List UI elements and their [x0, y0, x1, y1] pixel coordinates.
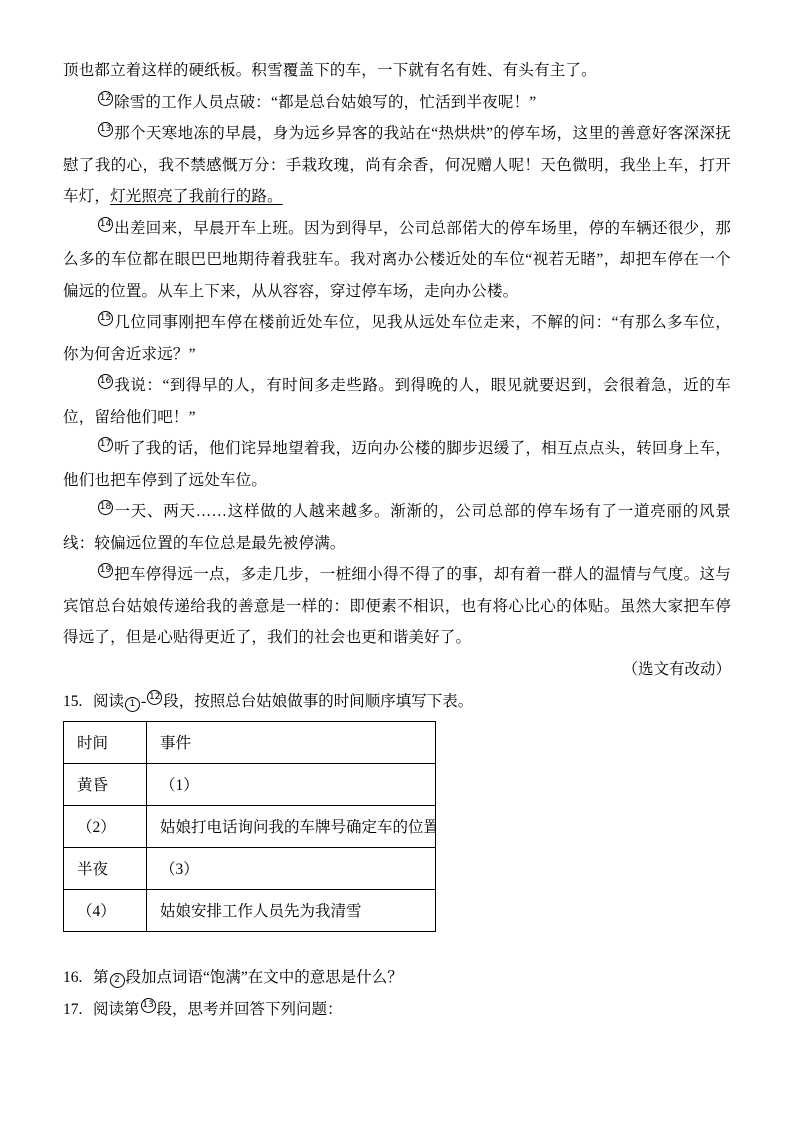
table-row: 黄昏（1）	[64, 763, 436, 805]
question-16-number: 16.	[63, 962, 93, 994]
text-run: 阅读	[93, 693, 124, 710]
underlined-text: 灯光照亮了我前行的路。	[110, 188, 283, 205]
circled-number: 1	[125, 697, 140, 712]
text-run: 除雪的工作人员点破：“都是总台姑娘写的，忙活到半夜呢！”	[114, 94, 536, 111]
text-run: -	[141, 693, 146, 710]
article-paragraph: 14出差回来，早晨开车上班。因为到得早，公司总部偌大的停车场里，停的车辆还很少，…	[63, 213, 731, 308]
table-row: （2）姑娘打电话询问我的车牌号确定车的位置	[64, 805, 436, 847]
document-page: 顶也都立着这样的硬纸板。积雪覆盖下的车，一下就有名有姓、有头有主了。12除雪的工…	[0, 0, 794, 1123]
circled-number: 12	[98, 91, 113, 106]
text-run: 段，思考并回答下列问题：	[157, 1001, 343, 1018]
article-paragraph: 15几位同事刚把车停在楼前近处车位，见我从远处车位走来，不解的问：“有那么多车位…	[63, 307, 731, 370]
text-run: 出差回来，早晨开车上班。因为到得早，公司总部偌大的停车场里，停的车辆还很少，那么…	[63, 220, 731, 300]
table-cell: （1）	[147, 763, 436, 805]
table-cell: 黄昏	[64, 763, 147, 805]
circled-number: 17	[98, 437, 113, 452]
table-header-cell: 事件	[147, 721, 436, 763]
article-paragraph: 16我说：“到得早的人，有时间多走些路。到得晚的人，眼见就要迟到，会很着急，近的…	[63, 370, 731, 433]
article-paragraph: 18一天、两天……这样做的人越来越多。渐渐的，公司总部的停车场有了一道亮丽的风景…	[63, 496, 731, 559]
text-run: 把车停得远一点，多走几步，一桩细小得不得了的事，却有着一群人的温情与气度。这与宾…	[63, 566, 731, 646]
article-body: 顶也都立着这样的硬纸板。积雪覆盖下的车，一下就有名有姓、有头有主了。12除雪的工…	[63, 55, 731, 654]
question-15-text: 阅读1-12段，按照总台姑娘做事的时间顺序填写下表。	[93, 693, 473, 710]
circled-number: 18	[98, 500, 113, 515]
question-15-number: 15.	[63, 686, 93, 718]
table-cell: 姑娘打电话询问我的车牌号确定车的位置	[147, 805, 436, 847]
text-run: 听了我的话，他们诧异地望着我，迈向办公楼的脚步迟缓了，相互点点头，转回身上车，他…	[63, 440, 731, 489]
table-header-row: 时间事件	[64, 721, 436, 763]
table-cell: 姑娘安排工作人员先为我清雪	[147, 889, 436, 931]
article-paragraph: 13那个天寒地冻的早晨，身为远乡异客的我站在“热烘烘”的停车场，这里的善意好客深…	[63, 118, 731, 213]
table-row: 半夜（3）	[64, 847, 436, 889]
table-cell: （4）	[64, 889, 147, 931]
circled-number: 13	[98, 122, 113, 137]
text-run: 顶也都立着这样的硬纸板。积雪覆盖下的车，一下就有名有姓、有头有主了。	[63, 62, 597, 79]
text-run: 我说：“到得早的人，有时间多走些路。到得晚的人，眼见就要迟到，会很着急，近的车位…	[63, 377, 731, 426]
circled-number: 16	[98, 374, 113, 389]
q15-table: 时间事件黄昏（1）（2）姑娘打电话询问我的车牌号确定车的位置半夜（3）（4）姑娘…	[63, 721, 436, 932]
table-row: （4）姑娘安排工作人员先为我清雪	[64, 889, 436, 931]
text-run: 段加点词语“饱满”在文中的意思是什么？	[126, 969, 403, 986]
table-cell: （3）	[147, 847, 436, 889]
circled-number: 13	[141, 998, 156, 1013]
question-17-number: 17.	[63, 994, 93, 1026]
source-note: （选文有改动）	[63, 654, 731, 686]
question-17-text: 阅读第13段，思考并回答下列问题：	[93, 1001, 343, 1018]
article-paragraph: 19把车停得远一点，多走几步，一桩细小得不得了的事，却有着一群人的温情与气度。这…	[63, 559, 731, 654]
article-paragraph: 12除雪的工作人员点破：“都是总台姑娘写的，忙活到半夜呢！”	[63, 87, 731, 119]
circled-number: 12	[147, 690, 162, 705]
question-17: 17.阅读第13段，思考并回答下列问题：	[63, 994, 731, 1026]
table-header-cell: 时间	[64, 721, 147, 763]
article-paragraph: 17听了我的话，他们诧异地望着我，迈向办公楼的脚步迟缓了，相互点点头，转回身上车…	[63, 433, 731, 496]
article-paragraph: 顶也都立着这样的硬纸板。积雪覆盖下的车，一下就有名有姓、有头有主了。	[63, 55, 731, 87]
circled-number: 2	[110, 973, 125, 988]
circled-number: 19	[98, 563, 113, 578]
text-run: 几位同事刚把车停在楼前近处车位，见我从远处车位走来，不解的问：“有那么多车位，你…	[63, 314, 731, 363]
table-cell: 半夜	[64, 847, 147, 889]
question-15: 15.阅读1-12段，按照总台姑娘做事的时间顺序填写下表。	[63, 686, 731, 718]
circled-number: 15	[98, 311, 113, 326]
table-cell: （2）	[64, 805, 147, 847]
text-run: 阅读第	[93, 1001, 140, 1018]
text-run: 一天、两天……这样做的人越来越多。渐渐的，公司总部的停车场有了一道亮丽的风景线：…	[63, 503, 731, 552]
circled-number: 14	[98, 217, 113, 232]
q15-table-body: 时间事件黄昏（1）（2）姑娘打电话询问我的车牌号确定车的位置半夜（3）（4）姑娘…	[64, 721, 436, 931]
question-16-text: 第2段加点词语“饱满”在文中的意思是什么？	[93, 969, 403, 986]
text-run: 段，按照总台姑娘做事的时间顺序填写下表。	[163, 693, 473, 710]
question-16: 16.第2段加点词语“饱满”在文中的意思是什么？	[63, 962, 731, 994]
text-run: 第	[93, 969, 109, 986]
